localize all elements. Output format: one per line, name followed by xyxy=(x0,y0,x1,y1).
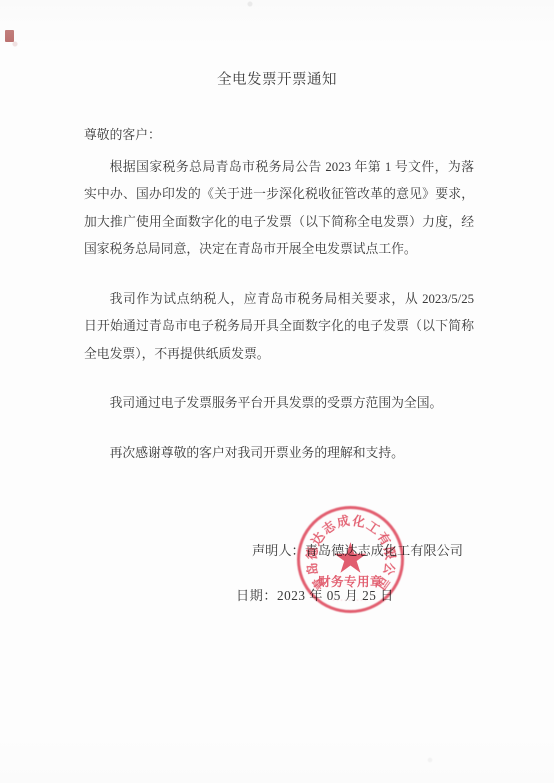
seal-serial-marks: ········· xyxy=(333,598,369,604)
notice-body: 尊敬的客户： 根据国家税务总局青岛市税务局公告 2023 年第 1 号文件，为落… xyxy=(84,122,474,467)
paragraph: 我司作为试点纳税人，应青岛市税务局相关要求，从 2023/5/25 日开始通过青… xyxy=(84,286,474,369)
scan-corner-mark xyxy=(5,30,14,42)
document-title: 全电发票开票通知 xyxy=(0,68,554,89)
seal-center-label: 财务专用章 xyxy=(318,576,383,589)
seal-arc-char: 成 xyxy=(335,510,351,530)
paragraph: 我司通过电子发票服务平台开具发票的受票方范围为全国。 xyxy=(84,390,474,418)
scanned-notice-page: 全电发票开票通知 尊敬的客户： 根据国家税务总局青岛市税务局公告 2023 年第… xyxy=(0,0,554,783)
seal-arc-char: 德 xyxy=(301,545,321,560)
seal-arc-char: 化 xyxy=(351,510,367,530)
salutation: 尊敬的客户： xyxy=(84,122,474,150)
paragraph: 再次感谢尊敬的客户对我司开票业务的理解和支持。 xyxy=(84,440,474,468)
paragraph: 根据国家税务总局青岛市税务局公告 2023 年第 1 号文件，为落实中办、国办印… xyxy=(84,154,474,264)
seal-arc-char: 限 xyxy=(380,545,400,560)
seal-star-icon: ★ xyxy=(332,537,370,579)
company-seal: 青岛德达志成化工有限公司 ★ 财务专用章 ········· xyxy=(297,506,404,613)
